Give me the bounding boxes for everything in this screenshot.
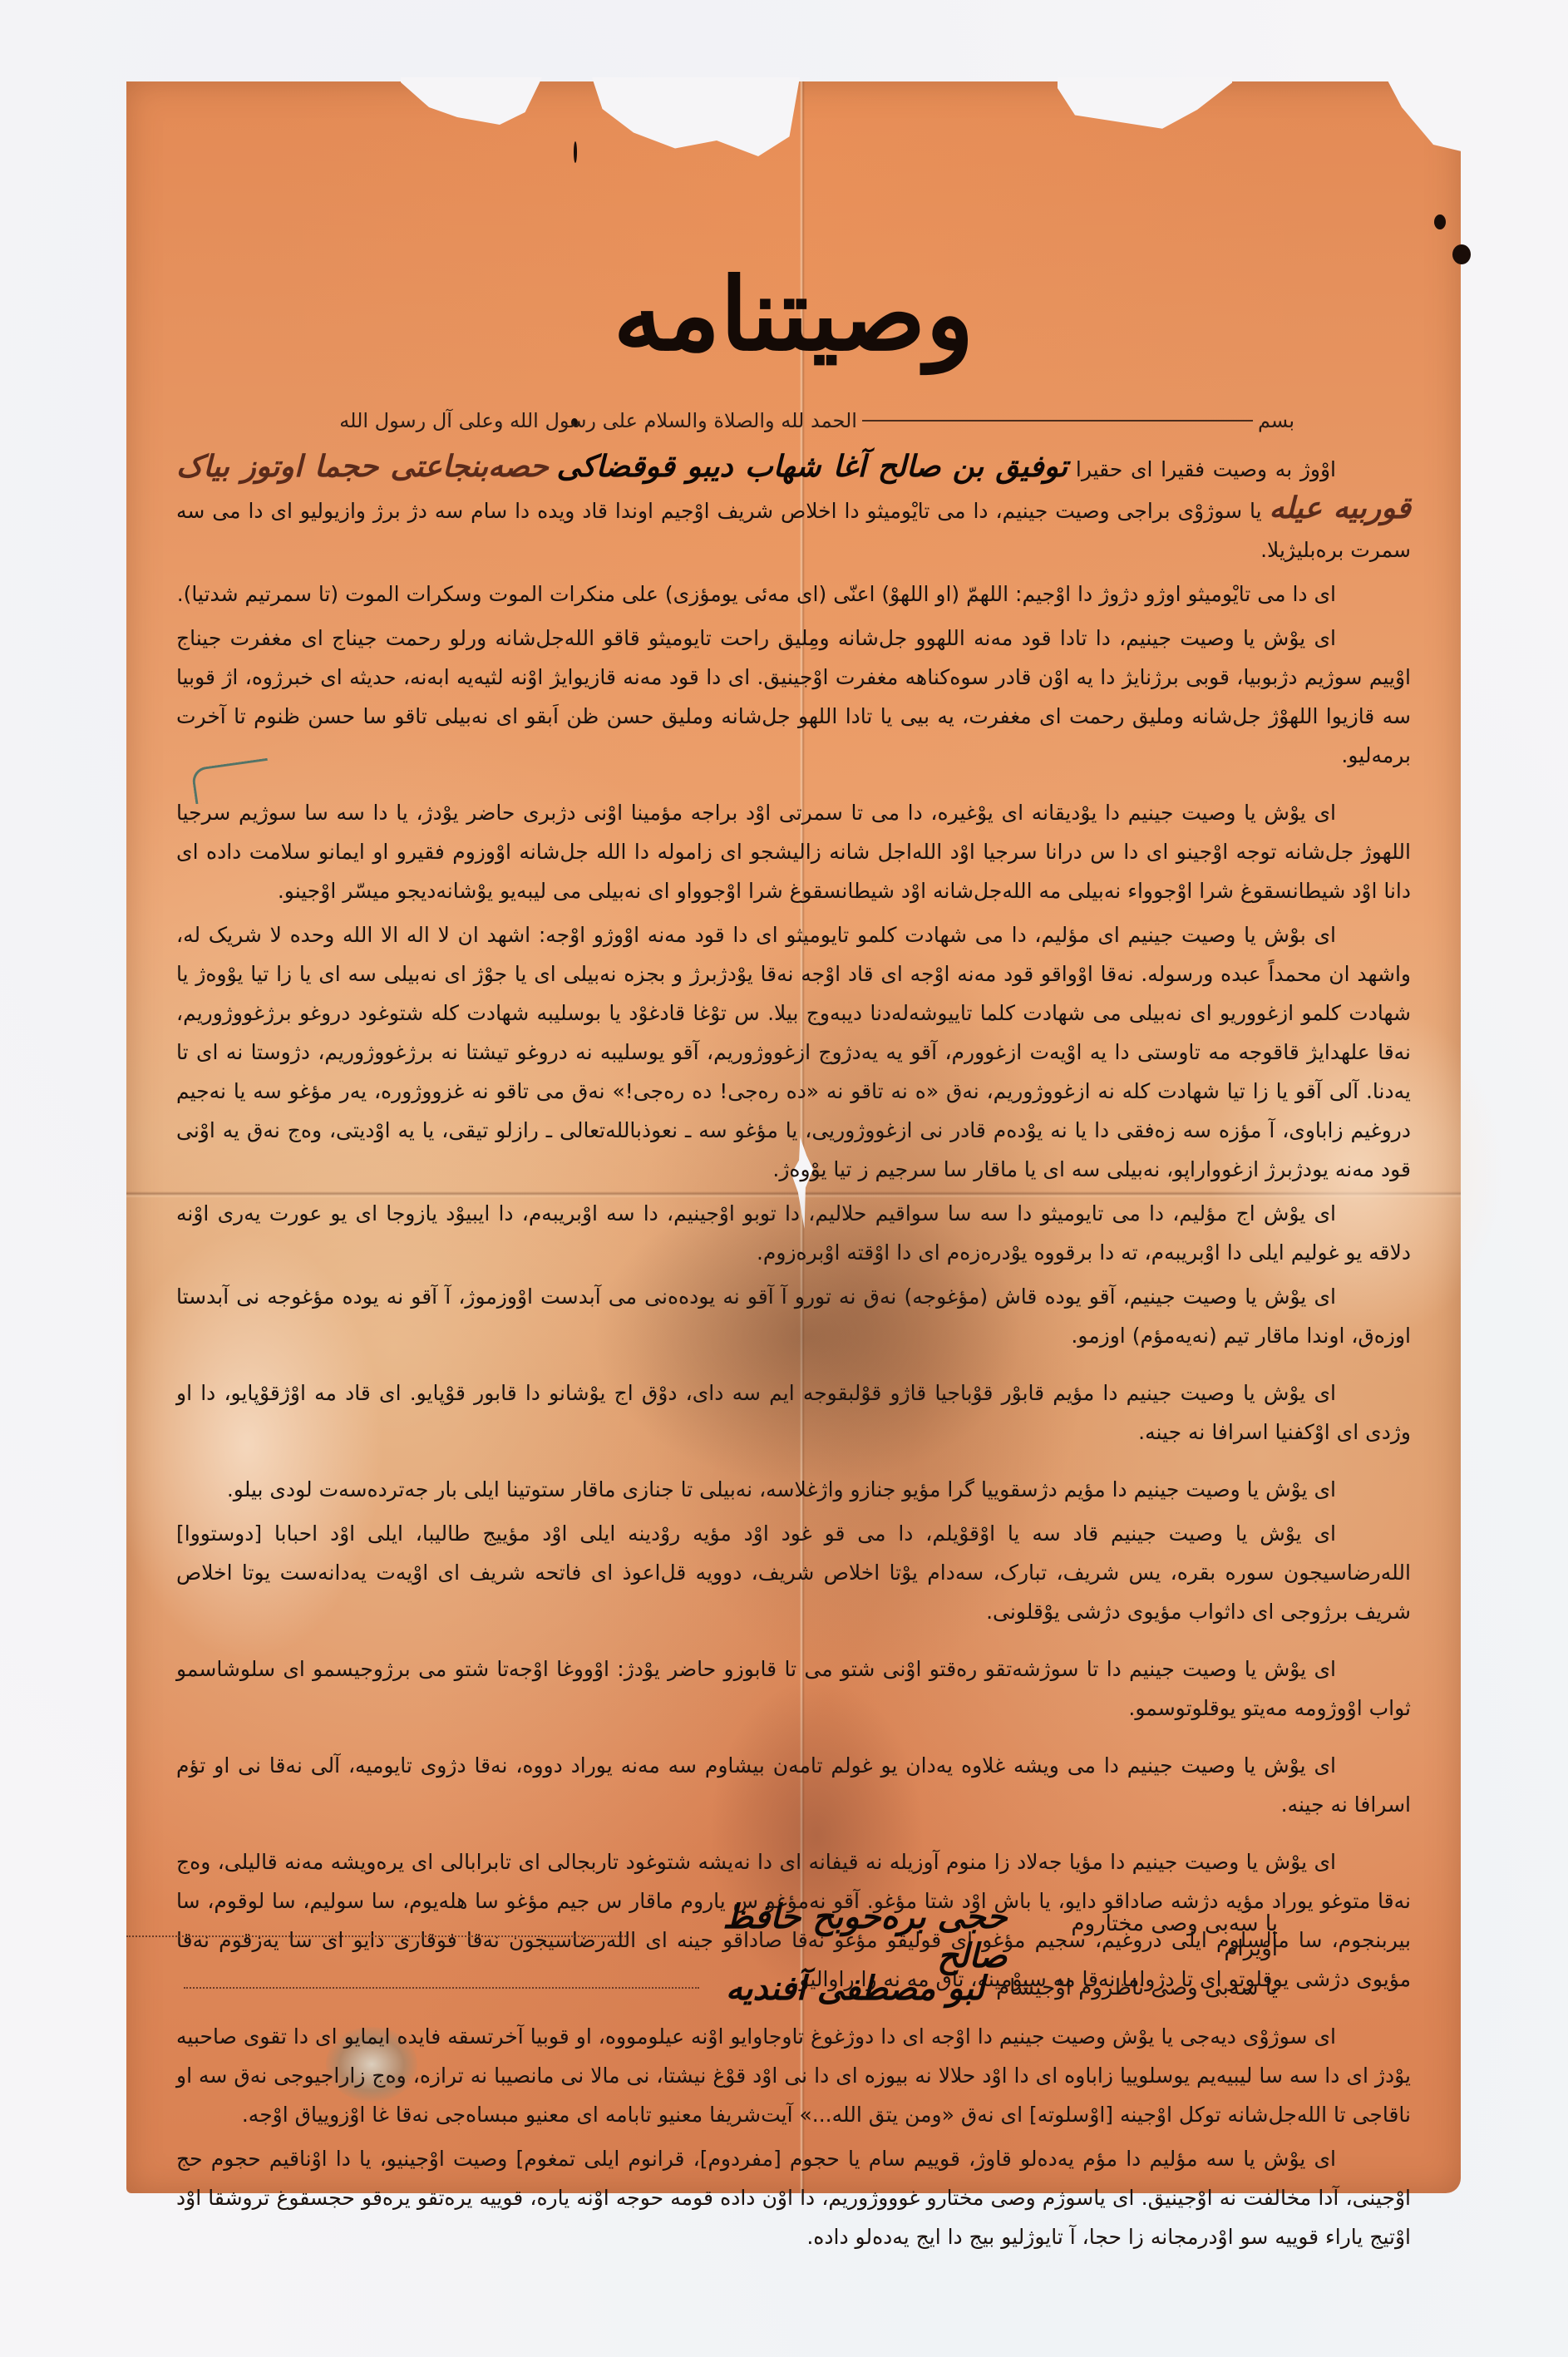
- paragraph: ای دا می تایْومیثو اوژو دژوژ دا اوْجیم: …: [176, 574, 1411, 614]
- paragraph: ای یوْش یا وصیت جینیم، آقو یوده قاش (مؤغ…: [176, 1277, 1411, 1355]
- torn-edge: [592, 77, 800, 156]
- executor-label: یا سه‌بی وصی مختاروم اوْیرام: [1018, 1911, 1278, 1961]
- basmala-prefix: بسم: [1258, 409, 1294, 432]
- paragraph: ای یوْش یا وصیت جینیم قاد سه یا اوْقوْیل…: [176, 1514, 1411, 1631]
- torn-edge: [1386, 77, 1465, 152]
- torn-edge: [401, 77, 542, 127]
- opening-printed: اوْوژ به وصیت فقیرا ای حقیرا: [1076, 457, 1336, 481]
- paragraph: ای یوْش یا وصیت جینیم دا می ویشه غلاوه ی…: [176, 1746, 1411, 1824]
- paragraph: ای یوْش یا سه مؤلیم دا مؤم یه‌ده‌لو قاوژ…: [176, 2139, 1411, 2256]
- overseer-handwritten-name: لبو مصطفی آفندیه: [726, 1969, 984, 2008]
- paragraph: ای بوْش یا وصیت جینیم ای مؤلیم، دا می شه…: [176, 915, 1411, 1189]
- paragraph: ای سوژوْی دیه‌جی یا یوْش وصیت جینیم دا ا…: [176, 2017, 1411, 2134]
- overseer-label: یا سه‌بی وصی ناظروم اوْجیشام: [996, 1975, 1278, 2000]
- header-rule: [862, 420, 1253, 422]
- opening-continuation: یا سوژوْی براجی وصیت جینیم، دا می تایْوم…: [176, 499, 1411, 562]
- signature-dotted-line: [184, 1987, 699, 1989]
- signature-block: یا سه‌بی وصی مختاروم اوْیرام حجی بره‌حوب…: [126, 1911, 1278, 2014]
- paragraph: ای یوْش یا وصیت جینیم دا مؤیم قابوْر قوْ…: [176, 1373, 1411, 1452]
- executor-signature-row: یا سه‌بی وصی مختاروم اوْیرام حجی بره‌حوب…: [126, 1911, 1278, 1962]
- paragraph: ای یوْش اج مؤلیم، دا می تایومیثو دا سه س…: [176, 1194, 1411, 1272]
- basmala-text: الحمد لله والصلاة والسلام علی رسول الله …: [339, 409, 857, 432]
- paragraph: ای یوْش یا وصیت جینیم، دا تادا قود مه‌نه…: [176, 619, 1411, 775]
- paragraph: ای یوْش یا وصیت جینیم دا یوْدیقانه ای یو…: [176, 793, 1411, 910]
- document-title: وصیتنامه: [126, 256, 1461, 373]
- paragraph: ای یوْش یا وصیت جینیم دا تا سوژشه‌تقو ره…: [176, 1649, 1411, 1728]
- paragraph: ای یوْش یا وصیت جینیم دا مؤیم دژسقوییا گ…: [176, 1470, 1411, 1509]
- ink-blot: [1434, 214, 1446, 229]
- torn-edge: [1058, 77, 1232, 131]
- document-sheet: وصیتنامه بسم الحمد لله والصلاة والسلام ع…: [126, 81, 1461, 2193]
- ink-blot: [574, 141, 577, 163]
- signature-dotted-line: [126, 1935, 626, 1937]
- executor-handwritten-name: حجی بره‌حوبح حافظ صالح: [653, 1897, 1008, 1975]
- handwritten-testator-name: توفیق بن صالح آغا شهاب دیبو قوقضاکی: [556, 449, 1068, 484]
- opening-paragraph: اوْوژ به وصیت فقیرا ای حقیرا توفیق بن صا…: [176, 447, 1411, 570]
- basmala-line: بسم الحمد لله والصلاة والسلام علی رسول ا…: [293, 404, 1294, 437]
